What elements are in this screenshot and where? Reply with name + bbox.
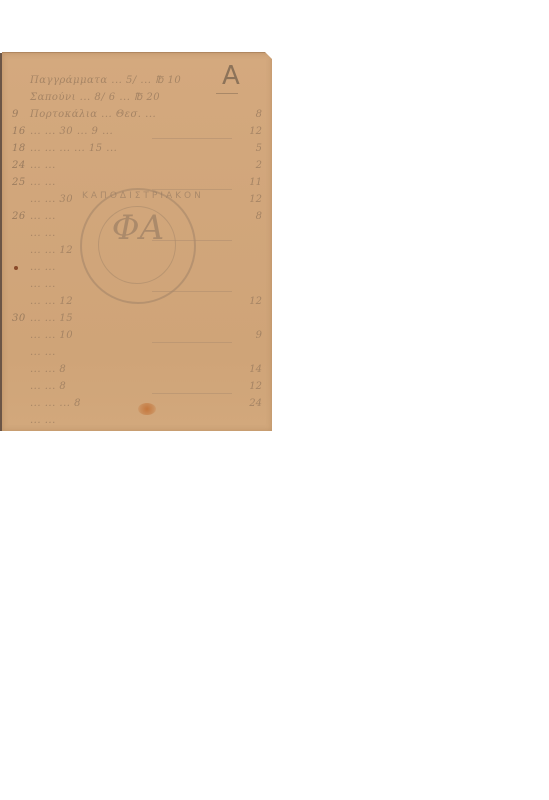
handwritten-line: ... ... 30 <box>12 194 73 205</box>
handwritten-line: 16... ... 30 ... 9 ... <box>12 126 113 137</box>
line-text: ... ... 30 <box>30 194 73 205</box>
corner-mark: A <box>222 61 240 91</box>
line-text: ... ... <box>30 228 56 239</box>
handwritten-line: ... ... 12 <box>12 245 73 256</box>
pencil-rule <box>152 393 232 394</box>
handwritten-line: ... ... 12 <box>12 296 73 307</box>
line-number: 16 <box>12 126 30 137</box>
line-amount: 5 <box>256 143 262 154</box>
line-amount: 12 <box>249 296 262 307</box>
line-text: ... ... <box>30 211 56 222</box>
line-number: 30 <box>12 313 30 324</box>
line-text: ... ... 8 <box>30 381 66 392</box>
handwritten-line: Παγγράμματα ... 5/ ... ℔ 10 <box>12 75 181 86</box>
handwritten-line: 30... ... 15 <box>12 313 73 324</box>
line-amount: 14 <box>249 364 262 375</box>
pencil-rule <box>152 138 232 139</box>
stamp-ring-text: ΚΑΠΟΔΙΣΤΡΙΑΚΟΝ <box>82 191 194 201</box>
line-amount: 11 <box>249 177 262 188</box>
pencil-rule <box>152 291 232 292</box>
line-text: Παγγράμματα ... 5/ ... ℔ 10 <box>30 75 181 86</box>
line-amount: 12 <box>249 194 262 205</box>
line-text: Πορτοκάλια ... Θεσ. ... <box>30 109 156 120</box>
line-amount: 12 <box>249 381 262 392</box>
line-text: ... ... 12 <box>30 245 73 256</box>
line-text: ... ... ... ... 15 ... <box>30 143 117 154</box>
line-text: ... ... <box>30 279 56 290</box>
handwritten-line: 24... ... <box>12 160 56 171</box>
handwritten-line: 18... ... ... ... 15 ... <box>12 143 117 154</box>
handwritten-line: ... ... 8 <box>12 364 66 375</box>
line-text: ... ... <box>30 347 56 358</box>
line-text: ... ... 15 <box>30 313 73 324</box>
line-amount: 9 <box>256 330 262 341</box>
line-text: ... ... <box>30 415 56 426</box>
handwritten-line: 9Πορτοκάλια ... Θεσ. ... <box>12 109 156 120</box>
handwritten-line: ... ... 10 <box>12 330 73 341</box>
handwritten-line: ... ... <box>12 347 56 358</box>
line-number: 25 <box>12 177 30 188</box>
scanned-document-page: A ΚΑΠΟΔΙΣΤΡΙΑΚΟΝ ΦΑ Παγγράμματα ... 5/ .… <box>2 52 272 431</box>
line-amount: 8 <box>256 109 262 120</box>
circular-stamp: ΚΑΠΟΔΙΣΤΡΙΑΚΟΝ ΦΑ <box>80 188 196 304</box>
line-text: ... ... <box>30 262 56 273</box>
line-text: ... ... 10 <box>30 330 73 341</box>
line-text: Σαπούνι ... 8/ 6 ... ℔ 20 <box>30 92 160 103</box>
handwritten-line: ... ... <box>12 279 56 290</box>
handwritten-line: 25... ... <box>12 177 56 188</box>
handwritten-line: ... ... 8 <box>12 381 66 392</box>
pencil-rule <box>152 240 232 241</box>
pencil-rule <box>152 189 232 190</box>
stamp-monogram: ΦΑ <box>82 208 194 248</box>
line-number: 18 <box>12 143 30 154</box>
folded-corner <box>265 52 273 60</box>
line-text: ... ... 12 <box>30 296 73 307</box>
line-number: 26 <box>12 211 30 222</box>
handwritten-line: Σαπούνι ... 8/ 6 ... ℔ 20 <box>12 92 160 103</box>
corner-mark-underline <box>216 93 238 94</box>
line-amount: 24 <box>249 398 262 409</box>
line-text: ... ... 30 ... 9 ... <box>30 126 113 137</box>
handwritten-line: ... ... <box>12 415 56 426</box>
line-number: 9 <box>12 109 30 120</box>
pencil-rule <box>152 342 232 343</box>
line-amount: 8 <box>256 211 262 222</box>
line-number: 24 <box>12 160 30 171</box>
handwritten-line: ... ... <box>12 262 56 273</box>
handwritten-line: ... ... ... 8 <box>12 398 81 409</box>
line-text: ... ... <box>30 177 56 188</box>
line-text: ... ... ... 8 <box>30 398 81 409</box>
line-text: ... ... <box>30 160 56 171</box>
stain-mark <box>138 403 156 415</box>
handwritten-line: 26... ... <box>12 211 56 222</box>
handwritten-line: ... ... <box>12 228 56 239</box>
line-amount: 2 <box>256 160 262 171</box>
line-amount: 12 <box>249 126 262 137</box>
line-text: ... ... 8 <box>30 364 66 375</box>
